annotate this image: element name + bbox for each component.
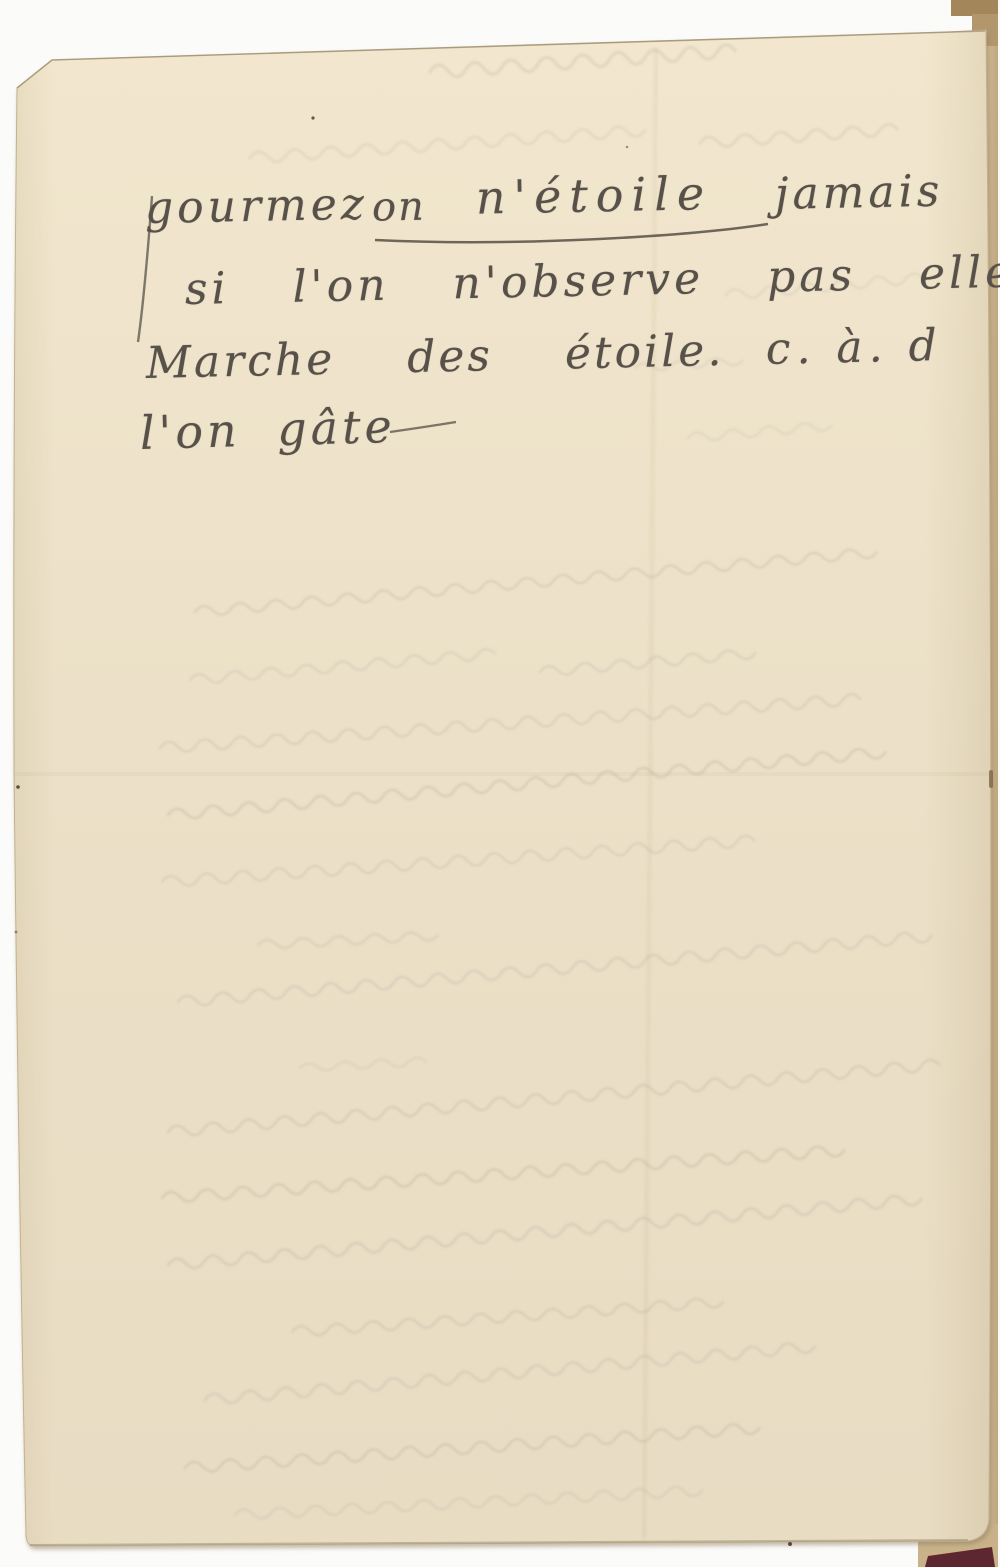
manuscript-scan: gourmez on n'étoile jamais si l'on n'obs…: [0, 0, 1000, 1567]
right-edge-shading: [925, 0, 995, 1567]
binding-dark-tab: [951, 0, 998, 16]
horizontal-guard-line: [15, 772, 990, 776]
paper-sheet: [14, 30, 991, 1546]
page-artwork: [0, 0, 1000, 1567]
